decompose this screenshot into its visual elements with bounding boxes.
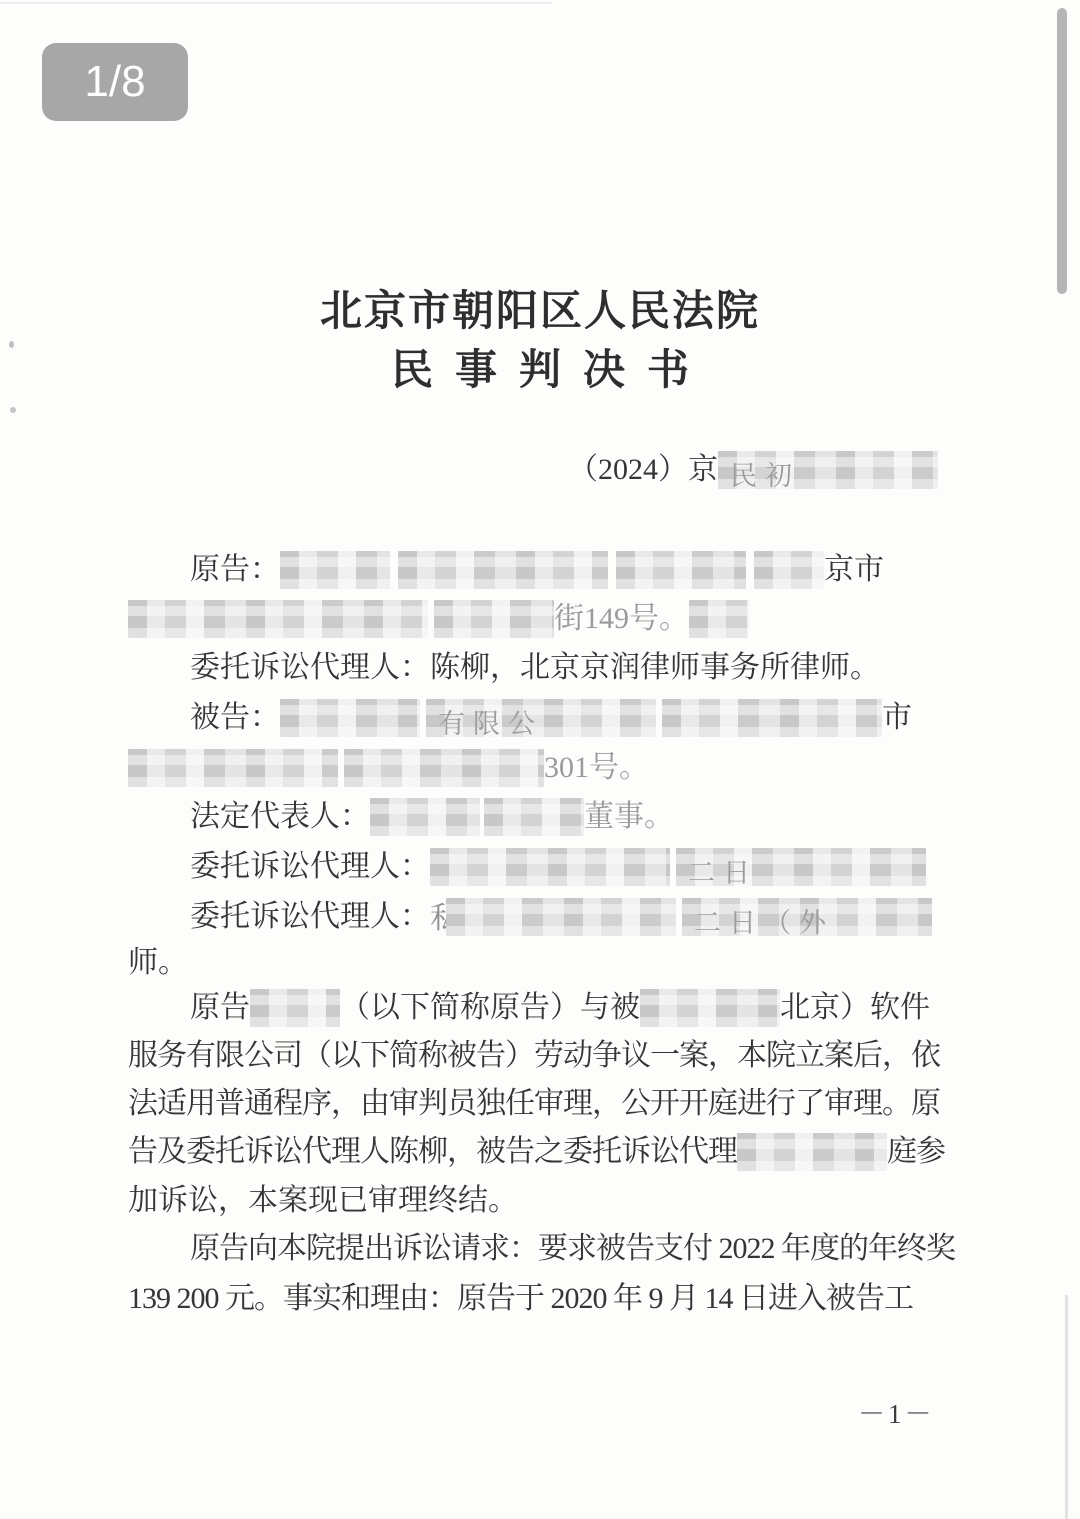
redaction-peek-text: 有限公 — [438, 702, 543, 746]
redaction-block — [430, 848, 670, 886]
document-line: 原告向本院提出诉讼请求：要求被告支付 2022 年度的年终奖 — [190, 1227, 955, 1271]
document-line: 法适用普通程序，由审判员独任审理，公开开庭进行了审理。原 — [128, 1082, 940, 1126]
redaction-block — [754, 551, 824, 589]
document-line: 委托诉讼代理人：二日 — [190, 845, 926, 889]
redaction-peek-text: 民初 — [730, 454, 800, 498]
scan-artifact-dot — [10, 407, 16, 413]
document-line: 加诉讼，本案现已审理终结。 — [128, 1179, 518, 1223]
document-line: 师。 — [128, 941, 188, 985]
redaction-block — [128, 749, 338, 787]
scrollbar-thumb[interactable] — [1057, 8, 1067, 294]
text-run: 委托诉讼代理人：陈柳，北京京润律师事务所律师。 — [190, 646, 880, 690]
redaction-block — [398, 551, 608, 589]
document-line: 委托诉讼代理人：陈柳，北京京润律师事务所律师。 — [190, 646, 880, 690]
page-indicator-badge: 1/8 — [42, 43, 188, 121]
document-line: 街149号。 — [128, 597, 749, 641]
redaction-block — [280, 699, 420, 737]
document-line: 服务有限公司（以下简称被告）劳动争议一案，本院立案后，依 — [128, 1034, 940, 1078]
text-run: 庭参 — [887, 1130, 945, 1174]
redaction-block — [344, 749, 544, 787]
redaction-block: 二日（外 — [682, 898, 932, 936]
top-hairline — [0, 2, 552, 4]
redaction-block — [737, 1133, 887, 1171]
text-run: 被告： — [190, 696, 280, 740]
document-line: 委托诉讼代理人：私二日（外 — [190, 895, 932, 939]
scan-artifact-dot — [9, 341, 14, 348]
text-run: 139 200 元。事实和理由：原告于 2020 年 9 月 14 日进入被告工 — [128, 1277, 913, 1321]
gap — [608, 577, 616, 579]
text-run: 委托诉讼代理人： — [190, 845, 430, 889]
page-indicator-label: 1/8 — [84, 60, 145, 104]
document-line: 301号。 — [128, 746, 649, 790]
document-line: 原告：京市 — [190, 548, 884, 592]
paper-edge-line — [1065, 1295, 1068, 1519]
redaction-block — [128, 600, 428, 638]
text-run: 原告向本院提出诉讼请求：要求被告支付 2022 年度的年终奖 — [190, 1227, 955, 1271]
text-run: 服务有限公司（以下简称被告）劳动争议一案，本院立案后，依 — [128, 1034, 940, 1078]
text-run: 师。 — [128, 941, 188, 985]
text-run: 告及委托诉讼代理人陈柳，被告之委托诉讼代理 — [128, 1130, 737, 1174]
text-run: 原告 — [190, 986, 250, 1030]
text-run: （2024）京 — [568, 448, 718, 492]
redaction-block — [446, 898, 676, 936]
document-line: 被告：有限公市 — [190, 696, 912, 740]
text-run: 法适用普通程序，由审判员独任审理，公开开庭进行了审理。原 — [128, 1082, 940, 1126]
document-line: 原告（以下简称原告）与被北京）软件 — [190, 986, 930, 1030]
text-run: 京市 — [824, 548, 884, 592]
redaction-peek-text: 二日 — [688, 851, 758, 895]
redaction-block — [616, 551, 746, 589]
redaction-peek-text: 二日（外 — [694, 901, 834, 945]
partially-redacted-text: 301号。 — [544, 746, 649, 790]
text-run: （以下简称原告）与被 — [340, 986, 640, 1030]
redaction-block — [662, 699, 882, 737]
text-run: 法定代表人： — [190, 795, 370, 839]
text-run: 北京）软件 — [780, 986, 930, 1030]
text-run: 原告： — [190, 548, 280, 592]
gap — [390, 577, 398, 579]
clipped-text: 私 — [430, 897, 446, 933]
page-number-footer: －1－ — [858, 1392, 935, 1431]
redaction-block — [484, 798, 584, 836]
document-line: 告及委托诉讼代理人陈柳，被告之委托诉讼代理庭参 — [128, 1130, 945, 1174]
redaction-block — [250, 989, 340, 1027]
text-run: 委托诉讼代理人： — [190, 895, 430, 939]
document-line: 法定代表人：董事。 — [190, 795, 674, 839]
document-line: 139 200 元。事实和理由：原告于 2020 年 9 月 14 日进入被告工 — [128, 1277, 913, 1321]
redaction-block: 有限公 — [426, 699, 656, 737]
text-run: 加诉讼，本案现已审理终结。 — [128, 1179, 518, 1223]
redaction-block: 民初 — [718, 451, 938, 489]
redaction-block — [640, 989, 780, 1027]
partially-redacted-text: 街149号。 — [554, 597, 689, 641]
text-run: 市 — [882, 696, 912, 740]
redaction-block — [434, 600, 554, 638]
document-line: （2024）京民初 — [568, 448, 938, 492]
gap — [746, 577, 754, 579]
partially-redacted-text: 董事。 — [584, 795, 674, 839]
redaction-block — [280, 551, 390, 589]
image-viewer: 1/8 北京市朝阳区人民法院 民事判决书 （2024）京民初原告：京市街149号… — [0, 0, 1080, 1519]
court-title: 北京市朝阳区人民法院 — [0, 278, 1080, 338]
redaction-block: 二日 — [676, 848, 926, 886]
redaction-block — [689, 600, 749, 638]
redaction-block — [370, 798, 480, 836]
document-type-title: 民事判决书 — [0, 337, 1080, 397]
